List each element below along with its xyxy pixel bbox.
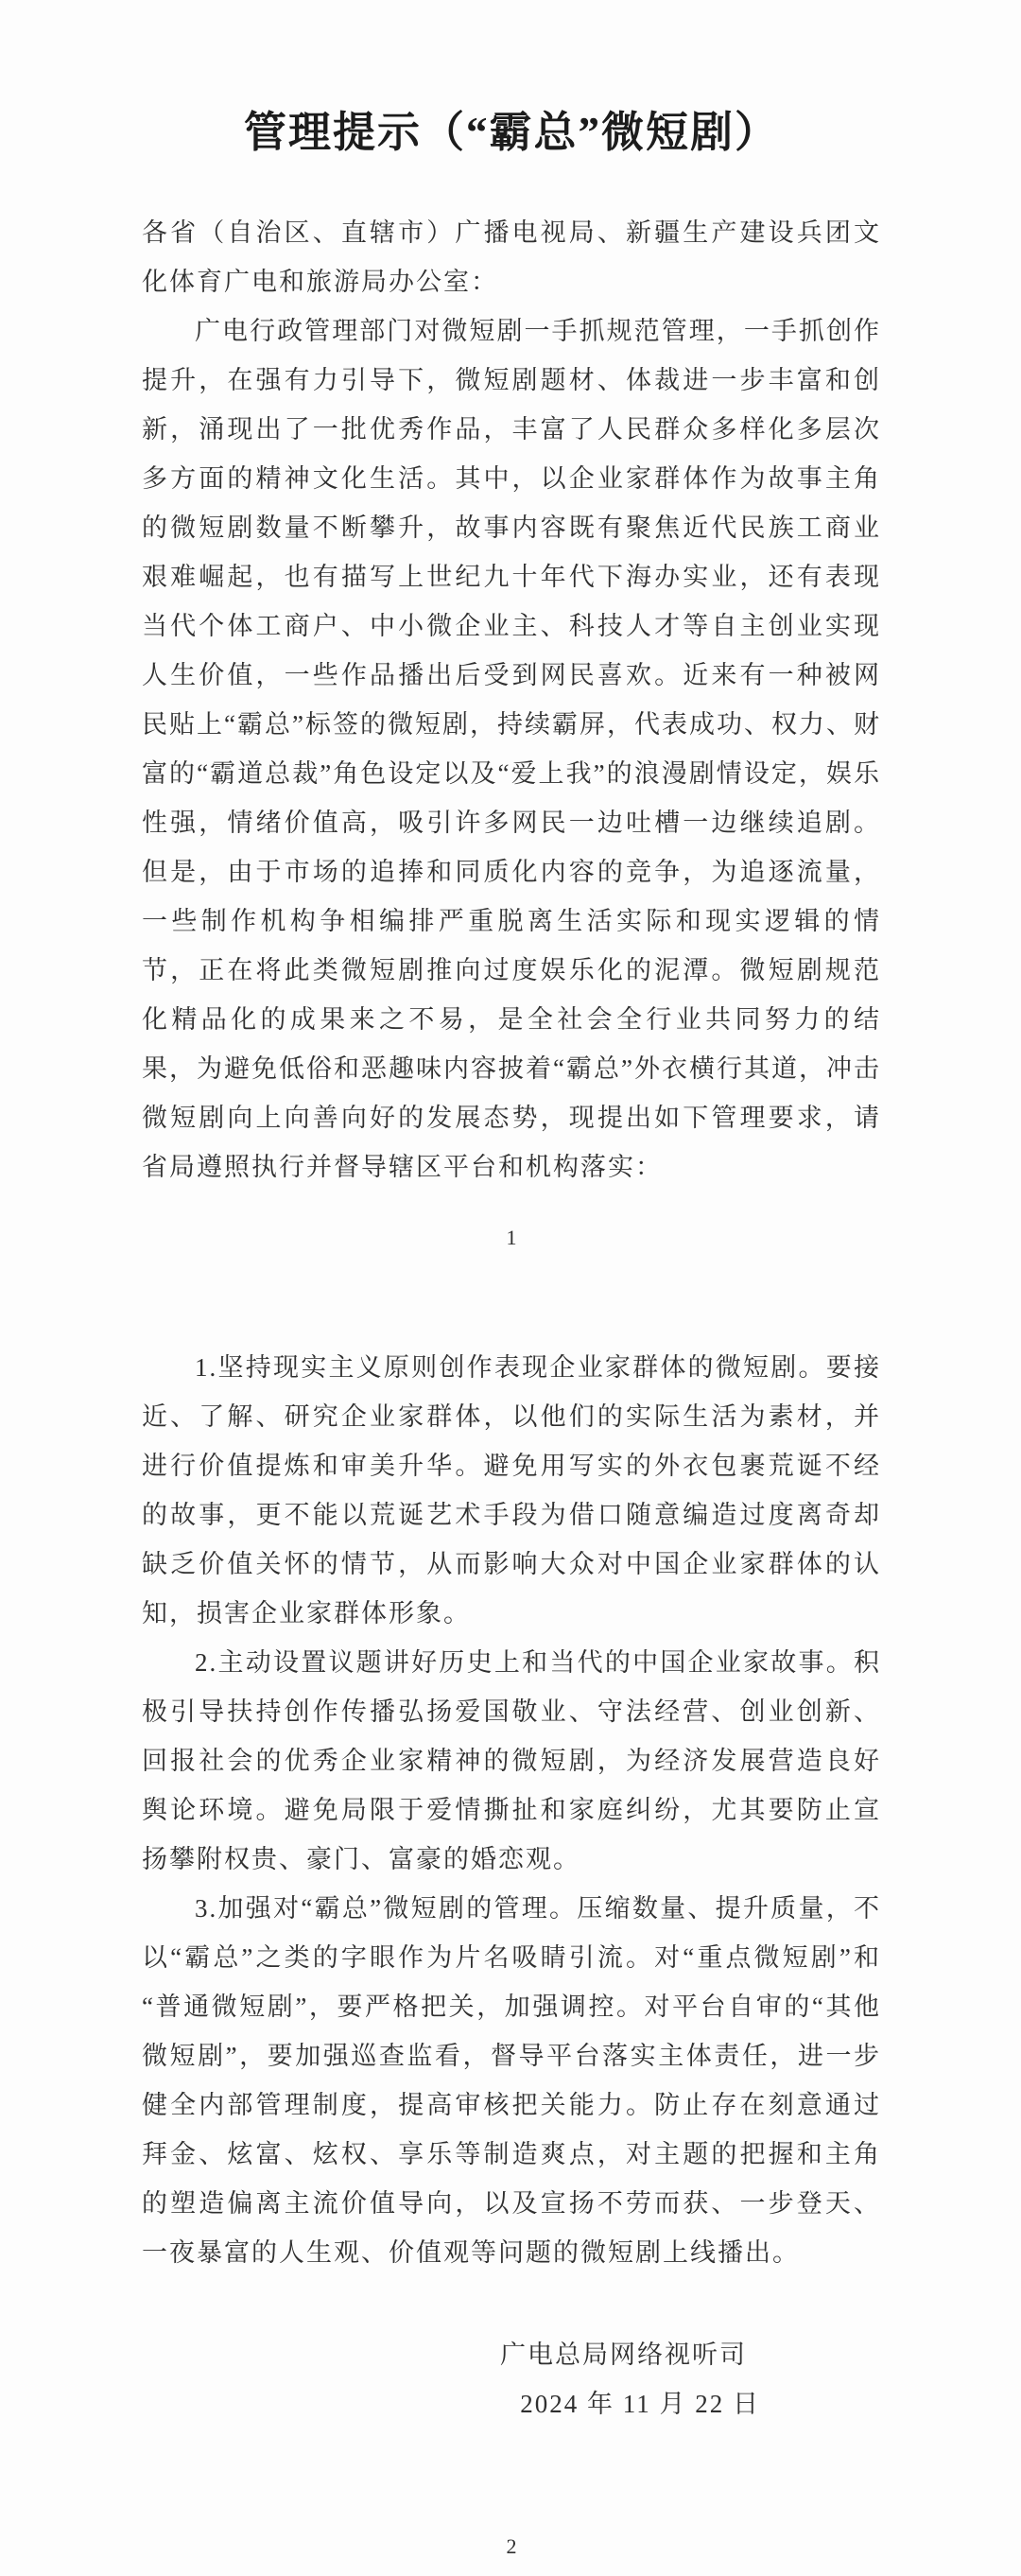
page-number-1: 1 — [142, 1224, 881, 1252]
page-number-2: 2 — [142, 2532, 881, 2561]
signature-organization: 广电总局网络视听司 — [142, 2330, 747, 2379]
section-paragraph-3: 3.加强对“霸总”微短剧的管理。压缩数量、提升质量，不以“霸总”之类的字眼作为片… — [142, 1884, 881, 2277]
document-page: 管理提示（“霸总”微短剧） 各省（自治区、直辖市）广播电视局、新疆生产建设兵团文… — [0, 0, 1021, 2576]
section-paragraph-1: 1.坚持现实主义原则创作表现企业家群体的微短剧。要接近、了解、研究企业家群体，以… — [142, 1343, 881, 1638]
document-title: 管理提示（“霸总”微短剧） — [142, 98, 881, 166]
signature-block: 广电总局网络视听司 2024 年 11 月 22 日 — [142, 2330, 881, 2428]
section-paragraph-2: 2.主动设置议题讲好历史上和当代的中国企业家故事。积极引导扶持创作传播弘扬爱国敬… — [142, 1638, 881, 1884]
signature-date: 2024 年 11 月 22 日 — [142, 2379, 760, 2428]
salutation: 各省（自治区、直辖市）广播电视局、新疆生产建设兵团文化体育广电和旅游局办公室： — [142, 208, 881, 306]
intro-paragraph: 广电行政管理部门对微短剧一手抓规范管理，一手抓创作提升，在强有力引导下，微短剧题… — [142, 306, 881, 1192]
